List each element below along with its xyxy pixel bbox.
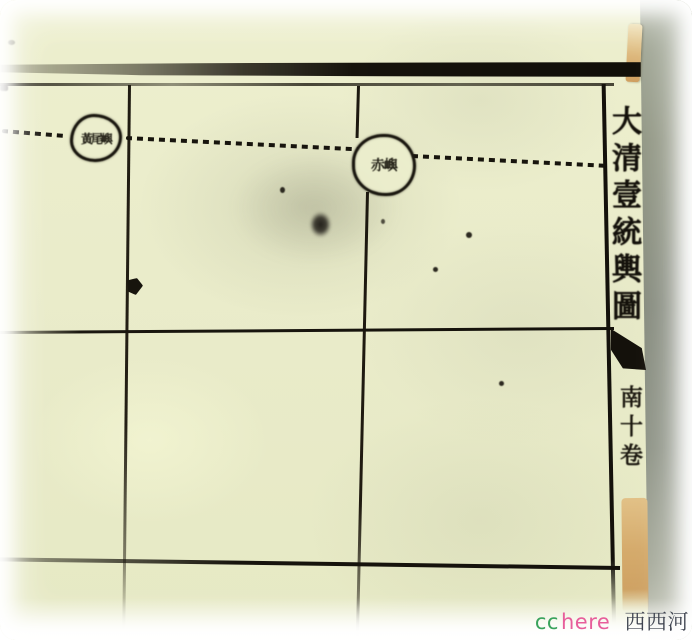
map-top-border-thin xyxy=(0,83,614,86)
ink-speck xyxy=(466,232,472,238)
watermark-here-text: here xyxy=(561,610,610,634)
ink-speck xyxy=(8,40,15,45)
island-label-right: 赤嶼 xyxy=(371,155,397,175)
atlas-page-scan: 黃尾嶼 赤嶼 大清壹統輿圖 南十卷 cchere 西西河 xyxy=(0,0,692,640)
watermark-site-name: 西西河 xyxy=(625,610,690,634)
ink-speck xyxy=(433,267,438,272)
map-paper-background xyxy=(0,0,692,640)
ink-speck xyxy=(499,381,504,386)
island-label-left: 黃尾嶼 xyxy=(81,130,111,147)
page-edge-bottom xyxy=(621,498,648,612)
ink-speck xyxy=(381,219,385,224)
watermark-cc-text: cc xyxy=(535,610,559,634)
scanned-map-photo: 黃尾嶼 赤嶼 大清壹統輿圖 南十卷 cchere 西西河 xyxy=(0,0,692,640)
site-watermark: cchere 西西河 xyxy=(535,609,689,635)
ink-speck xyxy=(280,187,285,193)
sheet-number-label: 南十卷 xyxy=(613,372,646,484)
island-circle-right: 赤嶼 xyxy=(352,134,416,196)
atlas-margin-title: 大清壹統輿圖 xyxy=(611,90,645,342)
ink-speck xyxy=(0,85,8,91)
ink-blot xyxy=(309,211,332,238)
